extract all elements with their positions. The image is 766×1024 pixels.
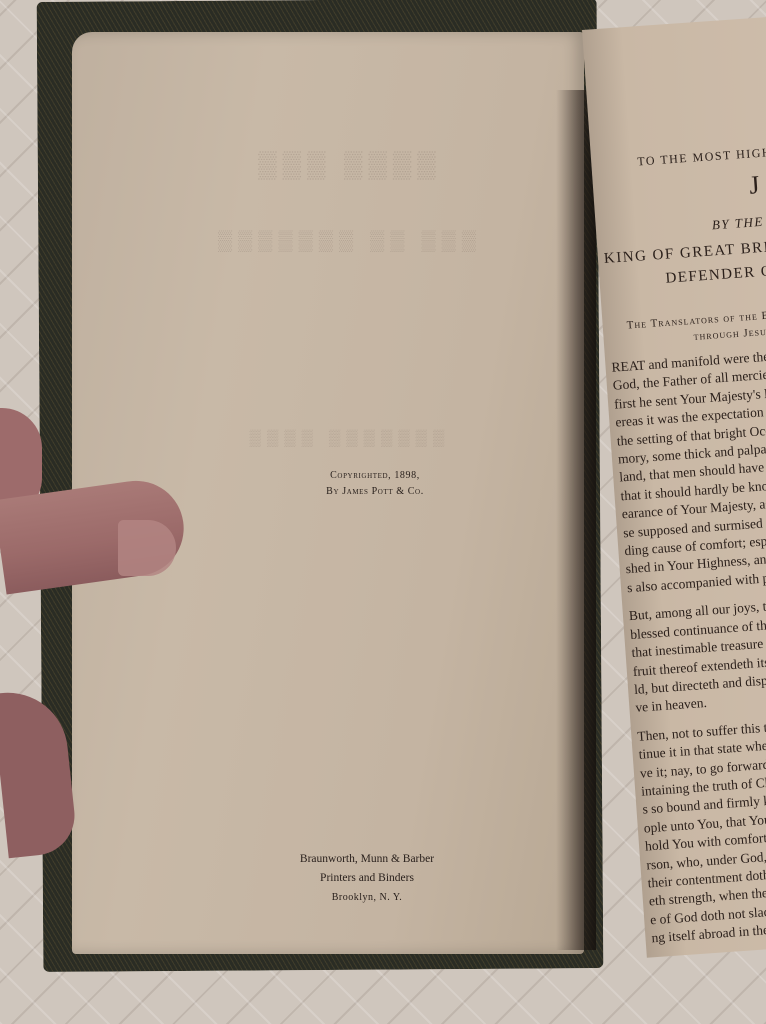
book-gutter-shadow [556,90,596,950]
copyright-year: Copyrighted, 1898, [290,468,460,484]
copyright-notice: Copyrighted, 1898, By James Pott & Co. [290,468,460,500]
dedication-line: through Jesu [693,326,766,343]
dedication-line: TO THE MOST HIGH [637,145,766,169]
printer-city: Brooklyn, N. Y. [262,888,472,907]
printer-role: Printers and Binders [262,869,472,888]
bleed-through-text: ▒▒▒ ▒▒▒▒ [150,150,550,180]
bleed-through-text: ▒▒▒▒▒▒▒ ▒▒ ▒▒▒ [150,230,550,253]
copyright-publisher: By James Pott & Co. [290,484,460,500]
dedication-name: JA [748,168,766,201]
printer-imprint: Braunworth, Munn & Barber Printers and B… [262,850,472,907]
printer-name: Braunworth, Munn & Barber [262,850,472,869]
bleed-through-text: ▒▒▒▒ ▒▒▒▒▒▒▒ [150,430,550,448]
paragraph-3: Then, not to suffer this to fall tinue i… [637,715,766,948]
dedication-line: DEFENDER O [665,263,766,287]
thumbnail-nail [118,520,176,576]
paragraph-1: REAT and manifold were the ble God, the … [611,346,766,597]
dedication-line: KING OF GREAT BRITAI [603,237,766,268]
paragraph-2: But, among all our joys, there blessed c… [628,595,766,718]
dedication-line: BY THE G [711,213,766,234]
